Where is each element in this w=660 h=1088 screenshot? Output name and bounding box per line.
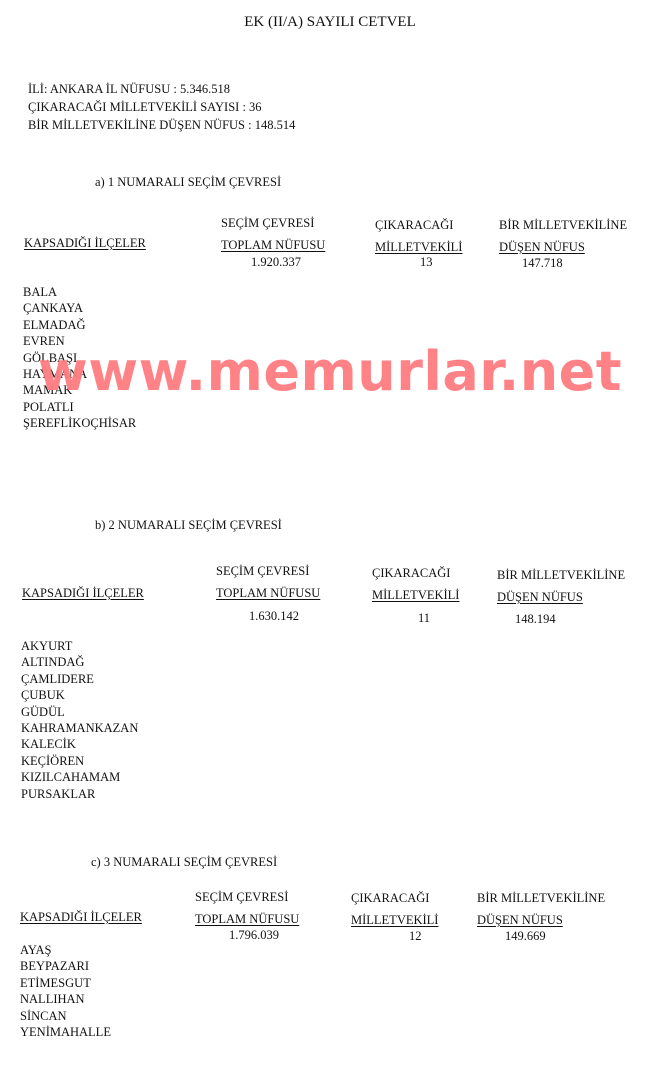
header-line: ÇIKARACAĞI <box>372 562 459 584</box>
district-item: ÇAMLIDERE <box>21 671 138 687</box>
header-line: MİLLETVEKİLİ <box>372 584 459 606</box>
section-title: b) 2 NUMARALI SEÇİM ÇEVRESİ <box>95 518 282 533</box>
header-line: SEÇİM ÇEVRESİ <box>221 212 325 234</box>
province-population: İLİ: ANKARA İL NÜFUSU : 5.346.518 <box>28 80 295 98</box>
header-line: TOPLAM NÜFUSU <box>221 234 325 256</box>
district-item: SİNCAN <box>20 1008 111 1024</box>
district-item: ÇUBUK <box>21 687 138 703</box>
column-header-districts: KAPSADIĞI İLÇELER <box>24 232 146 254</box>
section-population: 1.920.337 <box>251 255 301 270</box>
header-line: MİLLETVEKİLİ <box>351 909 438 931</box>
header-line: DÜŞEN NÜFUS <box>477 909 605 931</box>
section-per-deputy: 149.669 <box>505 929 546 944</box>
section-deputies: 11 <box>418 611 430 626</box>
header-line: TOPLAM NÜFUSU <box>195 908 299 930</box>
district-list: BALAÇANKAYAELMADAĞEVRENGÖLBAŞIHAYMANAMAM… <box>23 284 136 432</box>
district-item: HAYMANA <box>23 366 136 382</box>
district-item: ÇANKAYA <box>23 300 136 316</box>
header-line: BİR MİLLETVEKİLİNE <box>477 887 605 909</box>
header-line: MİLLETVEKİLİ <box>375 236 462 258</box>
district-item: AKYURT <box>21 638 138 654</box>
column-header-districts: KAPSADIĞI İLÇELER <box>20 906 142 928</box>
district-item: NALLIHAN <box>20 991 111 1007</box>
district-item: POLATLI <box>23 399 136 415</box>
header-line: BİR MİLLETVEKİLİNE <box>499 214 627 236</box>
district-item: AYAŞ <box>20 942 111 958</box>
province-summary: İLİ: ANKARA İL NÜFUSU : 5.346.518 ÇIKARA… <box>28 80 295 134</box>
column-header-population: SEÇİM ÇEVRESİ TOPLAM NÜFUSU <box>195 886 299 930</box>
district-item: MAMAK <box>23 382 136 398</box>
column-header-deputies: ÇIKARACAĞI MİLLETVEKİLİ <box>351 887 438 931</box>
district-item: ETİMESGUT <box>20 975 111 991</box>
district-item: ŞEREFLİKOÇHİSAR <box>23 415 136 431</box>
district-item: GÜDÜL <box>21 704 138 720</box>
column-header-per-deputy: BİR MİLLETVEKİLİNE DÜŞEN NÜFUS <box>497 564 625 608</box>
district-item: KALECİK <box>21 736 138 752</box>
column-header-population: SEÇİM ÇEVRESİ TOPLAM NÜFUSU <box>221 212 325 256</box>
province-population-per-deputy: BİR MİLLETVEKİLİNE DÜŞEN NÜFUS : 148.514 <box>28 116 295 134</box>
column-header-population: SEÇİM ÇEVRESİ TOPLAM NÜFUSU <box>216 560 320 604</box>
section-title: a) 1 NUMARALI SEÇİM ÇEVRESİ <box>95 175 281 190</box>
section-population: 1.796.039 <box>229 928 279 943</box>
district-item: BEYPAZARI <box>20 958 111 974</box>
district-list: AKYURTALTINDAĞÇAMLIDEREÇUBUKGÜDÜLKAHRAMA… <box>21 638 138 802</box>
district-item: PURSAKLAR <box>21 786 138 802</box>
column-header-per-deputy: BİR MİLLETVEKİLİNE DÜŞEN NÜFUS <box>499 214 627 258</box>
section-title: c) 3 NUMARALI SEÇİM ÇEVRESİ <box>91 855 277 870</box>
section-population: 1.630.142 <box>249 609 299 624</box>
district-list: AYAŞBEYPAZARIETİMESGUTNALLIHANSİNCANYENİ… <box>20 942 111 1040</box>
header-line: SEÇİM ÇEVRESİ <box>216 560 320 582</box>
document-title: EK (II/A) SAYILI CETVEL <box>0 14 660 31</box>
column-header-deputies: ÇIKARACAĞI MİLLETVEKİLİ <box>372 562 459 606</box>
district-item: GÖLBAŞI <box>23 350 136 366</box>
section-deputies: 12 <box>409 929 422 944</box>
header-line: DÜŞEN NÜFUS <box>499 236 627 258</box>
province-deputy-count: ÇIKARACAĞI MİLLETVEKİLİ SAYISI : 36 <box>28 98 295 116</box>
header-line: DÜŞEN NÜFUS <box>497 586 625 608</box>
header-line: SEÇİM ÇEVRESİ <box>195 886 299 908</box>
column-header-per-deputy: BİR MİLLETVEKİLİNE DÜŞEN NÜFUS <box>477 887 605 931</box>
section-per-deputy: 147.718 <box>522 256 563 271</box>
district-item: KAHRAMANKAZAN <box>21 720 138 736</box>
district-item: ELMADAĞ <box>23 317 136 333</box>
header-line: BİR MİLLETVEKİLİNE <box>497 564 625 586</box>
column-header-districts: KAPSADIĞI İLÇELER <box>22 582 144 604</box>
header-line: ÇIKARACAĞI <box>351 887 438 909</box>
district-item: EVREN <box>23 333 136 349</box>
column-header-deputies: ÇIKARACAĞI MİLLETVEKİLİ <box>375 214 462 258</box>
header-line: TOPLAM NÜFUSU <box>216 582 320 604</box>
district-item: ALTINDAĞ <box>21 654 138 670</box>
section-per-deputy: 148.194 <box>515 612 556 627</box>
district-item: KIZILCAHAMAM <box>21 769 138 785</box>
district-item: KEÇİÖREN <box>21 753 138 769</box>
district-item: YENİMAHALLE <box>20 1024 111 1040</box>
header-line: ÇIKARACAĞI <box>375 214 462 236</box>
district-item: BALA <box>23 284 136 300</box>
section-deputies: 13 <box>420 255 433 270</box>
